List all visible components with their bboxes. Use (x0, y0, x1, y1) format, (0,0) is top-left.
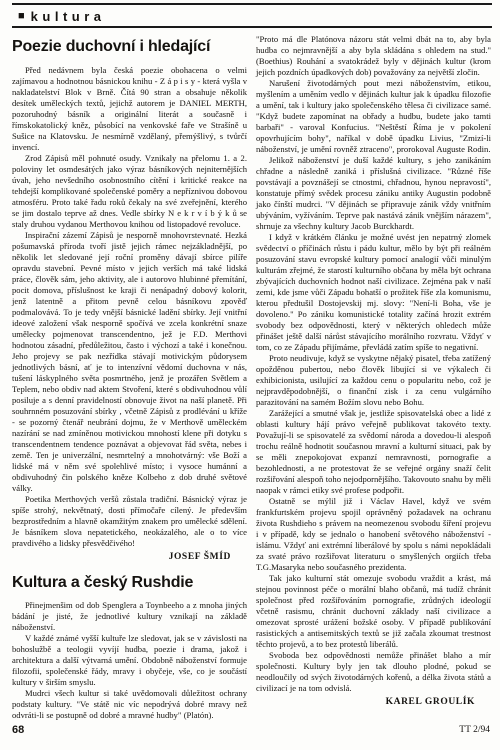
section-header: ■ kultura (12, 3, 492, 28)
two-column-body: Poezie duchovní i hledající Před nedávne… (12, 34, 492, 721)
paragraph: I když v krátkém článku je možné uvést j… (256, 232, 491, 353)
paragraph: Narušení životodárných pout mezi nábožen… (256, 78, 491, 155)
right-column: "Proto má dle Platónova názoru stát velm… (256, 34, 491, 721)
paragraph: Ostatně se mýlil již i Václav Havel, kdy… (256, 496, 491, 573)
issue-label: TT 2/94 (459, 725, 490, 735)
paragraph: V každé známé vyšší kultuře lze sledovat… (12, 633, 247, 688)
paragraph: "Proto má dle Platónova názoru stát velm… (256, 34, 491, 78)
paragraph: Inspirační zázemí Zápisů je nesporně mno… (12, 230, 247, 494)
paragraph: Zrod Zápisů měl pohnuté osudy. Vznikaly … (12, 153, 247, 230)
article2-title: Kultura a český Rushdie (12, 574, 247, 592)
paragraph: Před nedávnem byla česká poezie obohacen… (12, 65, 247, 153)
paragraph: Jelikož náboženství je duší každé kultur… (256, 155, 491, 232)
paragraph: Mudrci všech kultur si také uvědomovali … (12, 688, 247, 721)
article1-author-signature: JOSEF ŠMÍD (12, 552, 247, 562)
paragraph: Tak jako kulturní stát omezuje svobodu v… (256, 573, 491, 650)
article2-author-signature: KAREL GROULÍK (256, 697, 491, 707)
paragraph: Přinejmenšim od dob Spenglera a Toynbeeh… (12, 600, 247, 633)
article2-body-right: "Proto má dle Platónova názoru stát velm… (256, 34, 491, 694)
article2-body-left: Přinejmenšim od dob Spenglera a Toynbeeh… (12, 600, 247, 721)
paragraph: Proto neudivuje, když se vyskytne nějaký… (256, 353, 491, 408)
page-number: 68 (12, 724, 24, 736)
left-column: Poezie duchovní i hledající Před nedávne… (12, 34, 247, 721)
article1-title: Poezie duchovní i hledající (12, 38, 247, 56)
square-bullet-icon: ■ (18, 10, 25, 22)
magazine-page: ■ kultura Poezie duchovní i hledající Př… (0, 0, 500, 750)
paragraph: Poetika Merthových veršů zůstala tradičn… (12, 494, 247, 549)
section-title: kultura (31, 9, 106, 24)
paragraph: Zarážející a smutné však je, jestliže sp… (256, 408, 491, 496)
section-header-label: ■ kultura (18, 9, 106, 24)
paragraph: Svoboda bez odpovědnosti nemůže přinášet… (256, 650, 491, 694)
article1-body: Před nedávnem byla česká poezie obohacen… (12, 65, 247, 549)
